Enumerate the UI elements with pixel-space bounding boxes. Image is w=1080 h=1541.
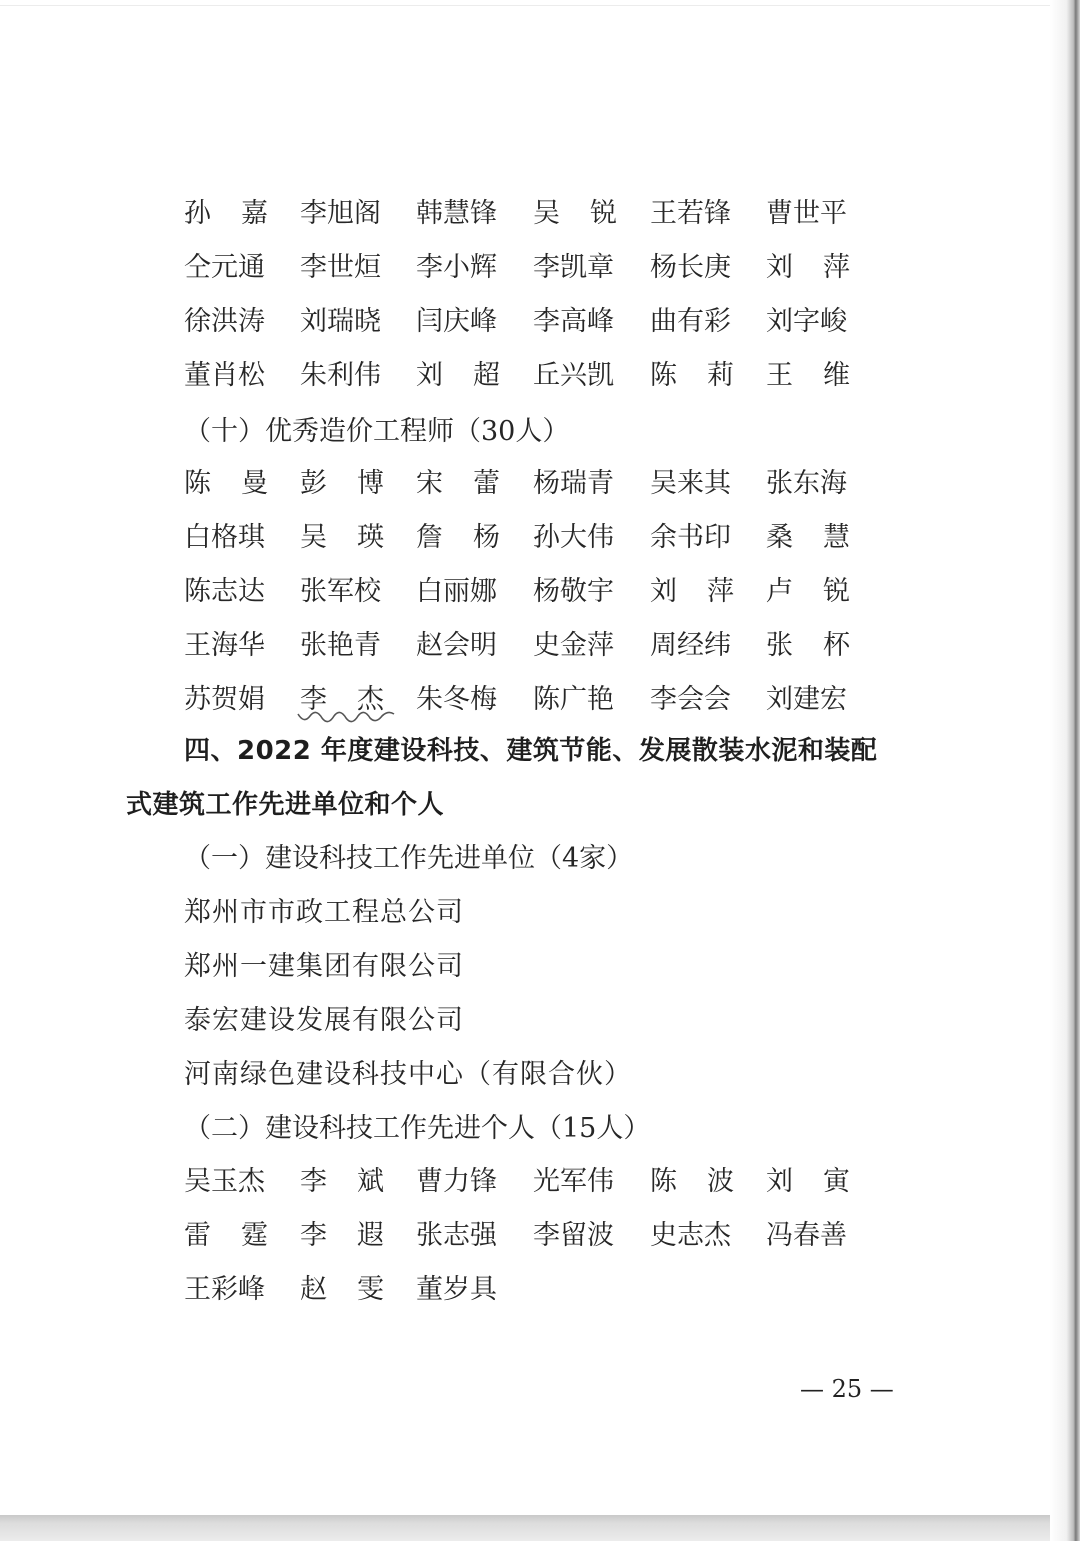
person-name: 李斌	[300, 1162, 384, 1202]
name-row: 陈志达张军校白丽娜杨敬宇刘萍卢锐	[0, 572, 900, 612]
name-row: 苏贺娟李杰朱冬梅陈广艳李会会刘建宏	[0, 680, 900, 720]
handwritten-squiggle-mark	[296, 710, 396, 728]
person-name: 王维	[766, 356, 850, 396]
name-row: 雷霆李遐张志强李留波史志杰冯春善	[0, 1216, 900, 1256]
person-name: 白格琪	[184, 518, 265, 558]
person-name: 陈志达	[184, 572, 265, 612]
org-item: 河南绿色建设科技中心（有限合伙）	[184, 1055, 632, 1095]
person-name: 王彩峰	[184, 1270, 265, 1310]
person-name: 张军校	[300, 572, 381, 612]
name-row: 王彩峰赵雯董岁具	[0, 1270, 900, 1310]
person-name: 杨敬宇	[533, 572, 614, 612]
person-name: 陈波	[650, 1162, 734, 1202]
person-name: 李会会	[650, 680, 731, 720]
person-name: 朱利伟	[300, 356, 381, 396]
person-name: 赵会明	[416, 626, 497, 666]
person-name: 李凯章	[533, 248, 614, 288]
person-name: 余书印	[650, 518, 731, 558]
person-name: 张东海	[766, 464, 847, 504]
person-name: 彭博	[300, 464, 384, 504]
name-row: 徐洪涛刘瑞晓闫庆峰李高峰曲有彩刘字峻	[0, 302, 900, 342]
person-name: 赵雯	[300, 1270, 384, 1310]
person-name: 孙大伟	[533, 518, 614, 558]
person-name: 吴玉杰	[184, 1162, 265, 1202]
document-page: 孙嘉李旭阁韩慧锋吴锐王若锋曹世平仝元通李世烜李小辉李凯章杨长庚刘萍徐洪涛刘瑞晓闫…	[0, 0, 1080, 1541]
scan-right-edge	[1050, 0, 1080, 1541]
person-name: 李留波	[533, 1216, 614, 1256]
person-name: 光军伟	[533, 1162, 614, 1202]
person-name: 刘建宏	[766, 680, 847, 720]
person-name: 张志强	[416, 1216, 497, 1256]
sub-1-title: （一）建设科技工作先进单位（4家）	[184, 839, 633, 879]
person-name: 韩慧锋	[416, 194, 497, 234]
person-name: 李小辉	[416, 248, 497, 288]
person-name: 董岁具	[416, 1270, 497, 1310]
scan-top-edge	[0, 5, 1050, 6]
person-name: 曹世平	[766, 194, 847, 234]
person-name: 桑慧	[766, 518, 850, 558]
name-row: 董肖松朱利伟刘超丘兴凯陈莉王维	[0, 356, 900, 396]
person-name: 李高峰	[533, 302, 614, 342]
person-name: 王海华	[184, 626, 265, 666]
person-name: 吴瑛	[300, 518, 384, 558]
person-name: 卢锐	[766, 572, 850, 612]
person-name: 詹杨	[416, 518, 500, 558]
person-name: 白丽娜	[416, 572, 497, 612]
person-name: 董肖松	[184, 356, 265, 396]
person-name: 史金萍	[533, 626, 614, 666]
person-name: 刘萍	[650, 572, 734, 612]
person-name: 苏贺娟	[184, 680, 265, 720]
person-name: 张艳青	[300, 626, 381, 666]
org-item: 郑州市市政工程总公司	[184, 893, 464, 933]
person-name: 陈曼	[184, 464, 268, 504]
person-name: 杨瑞青	[533, 464, 614, 504]
person-name: 刘寅	[766, 1162, 850, 1202]
person-name: 曲有彩	[650, 302, 731, 342]
page-number: — 25 —	[800, 1374, 894, 1404]
person-name: 朱冬梅	[416, 680, 497, 720]
person-name: 杨长庚	[650, 248, 731, 288]
person-name: 史志杰	[650, 1216, 731, 1256]
person-name: 李世烜	[300, 248, 381, 288]
person-name: 陈莉	[650, 356, 734, 396]
person-name: 丘兴凯	[533, 356, 614, 396]
person-name: 陈广艳	[533, 680, 614, 720]
section-10-title: （十）优秀造价工程师（30人）	[184, 412, 569, 452]
person-name: 仝元通	[184, 248, 265, 288]
person-name: 李遐	[300, 1216, 384, 1256]
person-name: 闫庆峰	[416, 302, 497, 342]
person-name: 张杯	[766, 626, 850, 666]
person-name: 周经纬	[650, 626, 731, 666]
org-item: 泰宏建设发展有限公司	[184, 1001, 464, 1041]
part-4-title-line1: 四、2022 年度建设科技、建筑节能、发展散装水泥和装配	[184, 731, 877, 771]
name-row: 白格琪吴瑛詹杨孙大伟余书印桑慧	[0, 518, 900, 558]
sub-2-title: （二）建设科技工作先进个人（15人）	[184, 1109, 650, 1149]
person-name: 吴来其	[650, 464, 731, 504]
person-name: 刘字峻	[766, 302, 847, 342]
name-row: 王海华张艳青赵会明史金萍周经纬张杯	[0, 626, 900, 666]
part-4-title-line2: 式建筑工作先进单位和个人	[126, 785, 444, 825]
person-name: 雷霆	[184, 1216, 268, 1256]
name-row: 陈曼彭博宋蕾杨瑞青吴来其张东海	[0, 464, 900, 504]
scan-bottom-edge	[0, 1515, 1050, 1541]
name-row: 吴玉杰李斌曹力锋光军伟陈波刘寅	[0, 1162, 900, 1202]
person-name: 刘瑞晓	[300, 302, 381, 342]
person-name: 徐洪涛	[184, 302, 265, 342]
person-name: 刘萍	[766, 248, 850, 288]
name-row: 孙嘉李旭阁韩慧锋吴锐王若锋曹世平	[0, 194, 900, 234]
person-name: 吴锐	[533, 194, 617, 234]
person-name: 曹力锋	[416, 1162, 497, 1202]
name-row: 仝元通李世烜李小辉李凯章杨长庚刘萍	[0, 248, 900, 288]
person-name: 孙嘉	[184, 194, 268, 234]
org-item: 郑州一建集团有限公司	[184, 947, 464, 987]
person-name: 刘超	[416, 356, 500, 396]
person-name: 宋蕾	[416, 464, 500, 504]
person-name: 王若锋	[650, 194, 731, 234]
person-name: 冯春善	[766, 1216, 847, 1256]
person-name: 李旭阁	[300, 194, 381, 234]
